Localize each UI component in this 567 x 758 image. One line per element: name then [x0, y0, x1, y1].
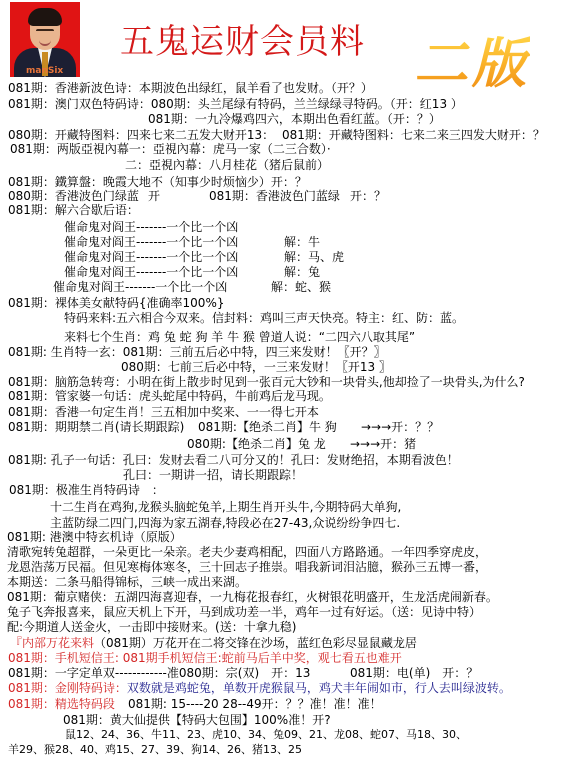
zodiac-numbers: 羊29、猴28、40、鸡15、27、39、狗14、26、猪13、25 [8, 743, 302, 757]
info-line: 081期：澳门双色特码诗：080期：头兰尾绿有特码，兰兰绿绿寻特码。（开：红13… [0, 97, 567, 111]
info-line: 081期：一字定单双------------准080期：宗(双) 开：13 08… [0, 666, 567, 680]
line-text: 开：？ [350, 189, 386, 203]
info-line: 081期：解六合歇后语： [0, 203, 567, 217]
line-text: 081期：期期禁二肖(请长期跟踪) [8, 420, 184, 434]
line-body: （081期）万花开在二将交锋在沙场，蓝红色彩尽显鼠藏龙居 [94, 636, 417, 650]
line-text: 催命鬼对阎王-------一个比一个凶 [64, 250, 238, 264]
line-text: 081期:【绝杀二肖】牛 狗 [198, 420, 337, 434]
line-text: 080期：开藏特图料：四来七来二五发大财开13： [8, 128, 274, 142]
line-text: 特码来料:五六相合今双来。信封料：鸡叫三声天快亮。特主：红、防：蓝。 [64, 311, 464, 325]
line-label: 081期：精选特码段 [8, 697, 115, 711]
info-line: 催命鬼对阎王-------一个比一个凶 解：牛 [0, 235, 567, 249]
info-line: 十二生肖在鸡狗,龙猴头脑蛇兔羊,上期生肖开头牛,今期特码大单狗, [0, 500, 567, 514]
line-text: 080期：香港波色门绿蓝 [8, 189, 139, 203]
info-line: 081期：葡京赌侠：五湖四海喜迎春，一九梅花报春红，火树银花明盛开，生龙活虎闹新… [0, 590, 567, 604]
line-result: →→→开：？？ [361, 420, 439, 434]
line-text: 清歌宛转兔超群，一朵更比一朵亲。老夫少妻鸡相配，四面八方路路通。一年四季穿虎皮， [7, 545, 487, 559]
line-text: 081期：香港一句定生肖！三五相加中奖来、一一得七开本 [8, 405, 319, 419]
line-text: 081期: 15----20 28--49开：？？准！准！准！ [128, 697, 382, 711]
line-text: 081期：管家婆一句话：虎头蛇尾中特码，牛前鸡后龙马现。 [8, 389, 331, 403]
line-text: 081期：裸体美女献特码{准确率100%} [8, 296, 224, 310]
info-line: 080期：开藏特图料：四来七来二五发大财开13： 081期：开藏特图料：七来二来… [0, 128, 567, 142]
line-text: 本期送：二条马船得锦标，三峡一成出来湖。 [7, 575, 247, 589]
line-text: 081期：金刚特码诗：双数就是鸡蛇兔，单数开虎猴鼠马，鸡犬丰年闹如市，行人去叫绿… [8, 681, 511, 695]
info-line: 081期：香港一句定生肖！三五相加中奖来、一一得七开本 [0, 405, 567, 419]
avatar-photo: manSix [10, 2, 80, 77]
line-answer: 解：蛇、猴 [271, 280, 331, 294]
info-line: 081期：期期禁二肖(请长期跟踪) 081期:【绝杀二肖】牛 狗 →→→开：？？ [0, 420, 567, 434]
line-text: 081期：一九冷爆鸡四六，本期出色看红蓝。（开：？） [148, 112, 441, 126]
info-line: 龙恩浩荡万民福。但见寒梅体寒冬，三十回志子推崇。唱我新词泪沾臆，猴孙三五博一番， [0, 560, 567, 574]
info-line: 本期送：二条马船得锦标，三峡一成出来湖。 [0, 575, 567, 589]
info-line: 『内部万花来料（081期）万花开在二将交锋在沙场，蓝红色彩尽显鼠藏龙居 [0, 636, 567, 650]
avatar-hair [28, 8, 62, 26]
info-line: 催命鬼对阎王-------一个比一个凶 解：蛇、猴 [0, 280, 567, 294]
line-body: 双数就是鸡蛇兔，单数开虎猴鼠马，鸡犬丰年闹如市，行人去叫绿波转。 [127, 681, 511, 695]
line-text: 催命鬼对阎王-------一个比一个凶 [64, 235, 238, 249]
info-line: 特码来料:五六相合今双来。信封料：鸡叫三声天快亮。特主：红、防：蓝。 [0, 311, 567, 325]
line-text: 开 [148, 189, 160, 203]
line-text: 兔子飞奔报喜来，鼠应天机上下开，马到成功差一半，鸡年一过有好运。（送：见诗中特） [7, 605, 481, 619]
line-text: 081期：鐵算盤：晚霞大地不（知事少时烦恼少）开：？ [8, 175, 307, 189]
line-text: 『内部万花来料（081期）万花开在二将交锋在沙场，蓝红色彩尽显鼠藏龙居 [10, 636, 417, 650]
info-line: 081期：精选特码段 081期: 15----20 28--49开：？？准！准！… [0, 697, 567, 711]
info-line: 配:今期道人送金火，一击即中接财来。(送：十拿九稳) [0, 620, 567, 634]
line-text: 081期: 孔子一句话：孔曰：发财去看二八可分又的！孔曰：发财绝招，本期看波色！ [8, 453, 459, 467]
info-line: 081期：黄大仙提供【特码大包围】100%准！开? [0, 713, 567, 727]
line-text: 催命鬼对阎王-------一个比一个凶 [64, 220, 238, 234]
line-text: 081期：香港新波色诗：本期波色出绿红，鼠羊看了也发财。（开？） [8, 81, 373, 95]
info-line: 催命鬼对阎王-------一个比一个凶 解：兔 [0, 265, 567, 279]
line-answer: 解：牛 [284, 235, 320, 249]
avatar-eyes [36, 29, 54, 34]
info-line: 来料七个生肖：鸡 兔 蛇 狗 羊 牛 猴 曾道人说：“二四六八取其尾” [0, 330, 567, 344]
line-text: 081期：黄大仙提供【特码大包围】100%准！开? [63, 713, 331, 727]
info-line: 081期：极准生肖特码诗 ： [0, 483, 567, 497]
info-line: 081期: 孔子一句话：孔曰：发财去看二八可分又的！孔曰：发财绝招，本期看波色！ [0, 453, 567, 467]
line-text: 081期：两版亞視內幕一：亞視內幕：虎马一家（二三合数）· [10, 142, 331, 156]
line-text: 081期：电(单) 开：？ [350, 666, 478, 680]
info-line: 081期: 港澳中特玄机诗（原版） [0, 530, 567, 544]
info-line: 兔子飞奔报喜来，鼠应天机上下开，马到成功差一半，鸡年一过有好运。（送：见诗中特） [0, 605, 567, 619]
avatar-watermark: manSix [26, 66, 63, 76]
info-line: 催命鬼对阎王-------一个比一个凶 解：马、虎 [0, 250, 567, 264]
line-text: 081期：一字定单双------------准080期：宗(双) 开：13 [8, 666, 310, 680]
info-line: 081期：两版亞視內幕一：亞視內幕：虎马一家（二三合数）· [0, 142, 567, 156]
line-text: 081期：解六合歇后语： [8, 203, 139, 217]
line-text: 来料七个生肖：鸡 兔 蛇 狗 羊 牛 猴 曾道人说：“二四六八取其尾” [64, 330, 415, 344]
line-label: 081期：金刚特码诗： [8, 681, 127, 695]
info-line: 081期：香港新波色诗：本期波色出绿红，鼠羊看了也发财。（开？） [0, 81, 567, 95]
line-text: 081期：香港波色门蓝绿 [209, 189, 340, 203]
info-line: 081期：裸体美女献特码{准确率100%} [0, 296, 567, 310]
line-text: 主蓝防绿二四门,四海为家五湖春,特段必在27-43,众说纷纷争四七. [50, 516, 400, 530]
line-text: 081期：极准生肖特码诗 ： [9, 483, 164, 497]
line-answer: 解：马、虎 [284, 250, 344, 264]
line-text: 催命鬼对阎王-------一个比一个凶 [53, 280, 227, 294]
line-text: 配:今期道人送金火，一击即中接财来。(送：十拿九稳) [7, 620, 296, 634]
info-line: 二：亞視內幕：八月桂花（猪后鼠前） [0, 158, 567, 172]
line-text: 081期: 生肖特一玄：081期：三前五后必中特，四三来发财！〖开？〗 [8, 345, 386, 359]
info-line: 催命鬼对阎王-------一个比一个凶 [0, 220, 567, 234]
info-line: 孔曰：一期讲一招，请长期跟踪！ [0, 468, 567, 482]
line-text: 龙恩浩荡万民福。但见寒梅体寒冬，三十回志子推崇。唱我新词泪沾臆，猴孙三五博一番， [7, 560, 487, 574]
line-text: 081期：葡京赌侠：五湖四海喜迎春，一九梅花报春红，火树银花明盛开，生龙活虎闹新… [7, 590, 498, 604]
info-line: 081期：脑筋急转弯：小明在街上散步时见到一张百元大钞和一块骨头,他却捡了一块骨… [0, 375, 567, 389]
line-text: 孔曰：一期讲一招，请长期跟踪！ [123, 468, 303, 482]
info-line: 081期: 生肖特一玄：081期：三前五后必中特，四三来发财！〖开？〗 [0, 345, 567, 359]
info-line: 羊29、猴28、40、鸡15、27、39、狗14、26、猪13、25 [0, 743, 567, 757]
line-text: 080期:【绝杀二肖】兔 龙 [187, 437, 326, 451]
page-title: 五鬼运财会员料 [120, 22, 365, 62]
info-line: 081期：一九冷爆鸡四六，本期出色看红蓝。（开：？） [0, 112, 567, 126]
zodiac-numbers: 鼠12、24、36、牛11、23、虎10、34、兔09、21、龙08、蛇07、马… [65, 728, 467, 742]
line-text: 081期：手机短信王: 081期手机短信王:蛇前马后羊中奖，观七看五也难开 [8, 651, 402, 665]
line-text: 十二生肖在鸡狗,龙猴头脑蛇兔羊,上期生肖开头牛,今期特码大单狗, [50, 500, 401, 514]
info-line: 鼠12、24、36、牛11、23、虎10、34、兔09、21、龙08、蛇07、马… [0, 728, 567, 742]
info-line: 081期：手机短信王: 081期手机短信王:蛇前马后羊中奖，观七看五也难开 [0, 651, 567, 665]
line-text: 二：亞視內幕：八月桂花（猪后鼠前） [125, 158, 329, 172]
line-text: 080期：七前三后必中特，一三来发财！〖开13 〗 [121, 360, 391, 374]
line-answer: 解：兔 [284, 265, 320, 279]
info-line: 080期：七前三后必中特，一三来发财！〖开13 〗 [0, 360, 567, 374]
info-line: 081期：管家婆一句话：虎头蛇尾中特码，牛前鸡后龙马现。 [0, 389, 567, 403]
line-text: 081期: 港澳中特玄机诗（原版） [7, 530, 182, 544]
line-text: 催命鬼对阎王-------一个比一个凶 [64, 265, 238, 279]
info-line: 080期:【绝杀二肖】兔 龙 →→→开：猪 [0, 437, 567, 451]
info-line: 清歌宛转兔超群，一朵更比一朵亲。老夫少妻鸡相配，四面八方路路通。一年四季穿虎皮， [0, 545, 567, 559]
line-text: 081期：脑筋急转弯：小明在街上散步时见到一张百元大钞和一块骨头,他却捡了一块骨… [8, 375, 525, 389]
info-line: 081期：鐵算盤：晚霞大地不（知事少时烦恼少）开：？ [0, 175, 567, 189]
line-text: 081期：澳门双色特码诗：080期：头兰尾绿有特码，兰兰绿绿寻特码。（开：红13… [8, 97, 463, 111]
info-line: 081期：金刚特码诗：双数就是鸡蛇兔，单数开虎猴鼠马，鸡犬丰年闹如市，行人去叫绿… [0, 681, 567, 695]
line-text: 081期：开藏特图料：七来二来三四发大财开：？ [282, 128, 545, 142]
line-result: →→→开：猪 [350, 437, 416, 451]
info-line: 080期：香港波色门绿蓝 开 081期：香港波色门蓝绿 开：？ [0, 189, 567, 203]
line-label: 『内部万花来料 [10, 636, 94, 650]
info-line: 主蓝防绿二四门,四海为家五湖春,特段必在27-43,众说纷纷争四七. [0, 516, 567, 530]
